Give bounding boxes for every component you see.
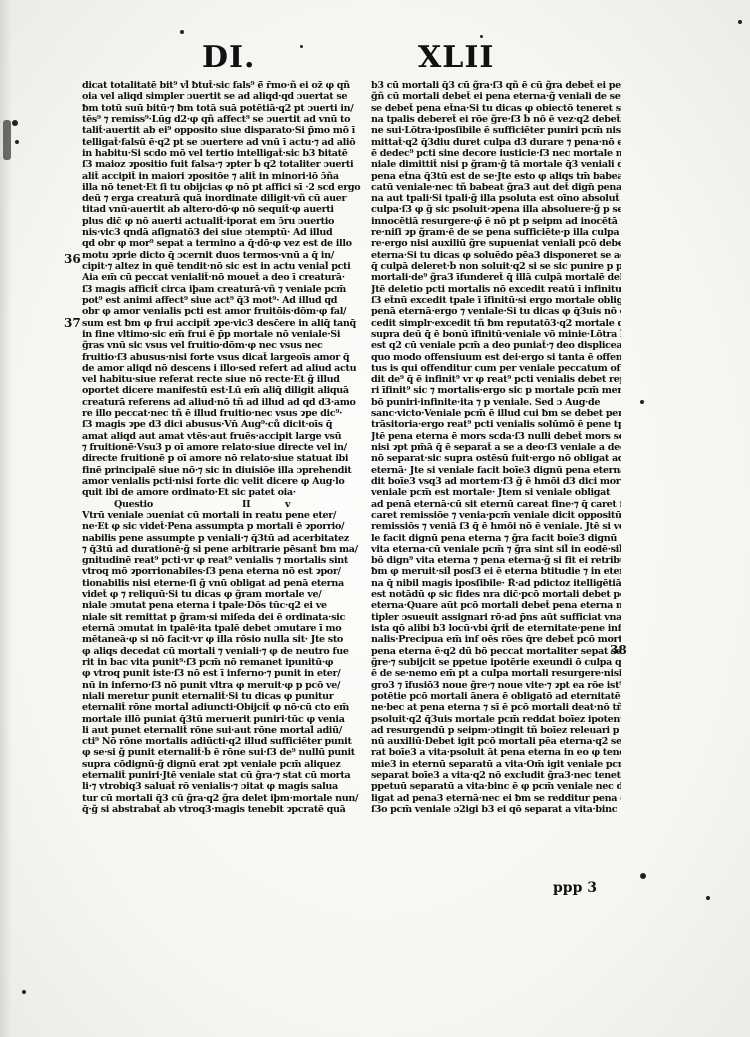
text-line: vtroq mō ɂporrionabiles·ſ3 pena eterna n… [82,566,364,577]
text-line: φ vtroq punit iste·ſ3 nō est ī inferno·⁊… [82,668,364,679]
text-line: separat boīe3 a vita·q2 nō excludit g̃ra… [371,770,621,781]
text-line: nō separat·sic supra ostēsū fuit·ergo nō… [371,453,621,464]
text-line: in fine vltimo·sic em̄ frui ē p̄p mortal… [82,329,364,340]
text-line: mētaneā·φ si nō facit·vr φ illa rōsio nu… [82,634,364,645]
text-line: re·niſi ɂp g̃ram·ē de se pena sufficiēte… [371,227,621,238]
scan-speck [640,400,644,404]
text-line: supra deū q̄ ē bonū īfinitū·veniale vō m… [371,329,621,340]
text-line: motu ɂprie dicto q̄ ɔcernit duos termos·… [82,250,364,261]
scan-speck [15,140,19,144]
text-line: veniale pcm̄ est mortale· Jtem si venial… [371,487,621,498]
text-line: alit̄ accipit̄ in maiori ɂpositōe ⁊ alit… [82,171,364,182]
text-line: ſ3o pcm̄ veniale ɔ2igi b3 ei qō separat … [371,804,621,815]
text-line: supra cōdignū·g̃ dignū erat ɂpt veniale … [82,759,364,770]
text-line: g̃re·⁊ subijcit se ppetue ipotērie exeun… [371,657,621,668]
margin-number: 38 [610,643,627,657]
text-line: ſ3 magis afficit̄ circa iþam creaturā·vñ… [82,284,364,295]
text-line: niali meretur punit eternalit̄·Si tu dic… [82,691,364,702]
text-line: q̄·g̃ si abstrabat̄ ab vtroq3·magis tene… [82,804,364,815]
text-line: rit in bac vita punit⁹·ſ3 pcm̄ nō remane… [82,657,364,668]
text-line: pot⁹ est animi affect⁹ siue act⁹ q̄3 mot… [82,295,364,306]
text-line: na aut tpali·Si tpali·g̃ illa psoluta es… [371,193,621,204]
text-line: mittat̄·q2 q̄3diu duret culpa d3 durare … [371,137,621,148]
text-line: eterna·Si tu dicas φ soluēdo pēa3 dispon… [371,250,621,261]
text-line: illa nō tenet·Et ſi tu obijcias φ nō pt … [82,182,364,193]
text-line: ſ3 maioz ɂpositio fuit falsa·⁊ ɂpter b̄ … [82,159,364,170]
scan-speck [180,30,184,34]
question-word: Questio [114,499,153,510]
text-line: qd obr φ mor⁹ sepat a termino a q̄·dō·φ … [82,238,364,249]
text-line: ad penā eternā·cū sit eternū careat fine… [371,499,621,510]
text-line: videt̄ φ ⁊ reliquū·Si tu dicas φ g̃ram m… [82,589,364,600]
text-line: plus dic̄ φ nō auerti actualit̄·iporat e… [82,216,364,227]
running-head-left: DI. [202,40,256,75]
text-line: le facit dignū pena eterna ⁊ g̃ra facit … [371,533,621,544]
text-line: amat aliqd aut amat vtēs·aut fruēs·accip… [82,431,364,442]
running-head-right: XLII [418,40,494,75]
text-line: se debet̄ pena et̄na·Si tu dicas φ obiec… [371,103,621,114]
text-line: na q̄ nibil magis iposſibile· R̄·ad pdic… [371,578,621,589]
text-line: b3 cū mortali q̄3 cū g̃ra·ſ3 qñ ē cū g̃r… [371,80,621,91]
text-line: Jtē deletio pcti mortalis nō excedit rea… [371,284,621,295]
text-line: quo modo offensiuum est dei·ergo si tant… [371,352,621,363]
text-line: dit boīe3 vsq3 ad mortem·ſ3 g̃ ē hmōi d3… [371,476,621,487]
text-line: penā eternā·ergo ⁊ veniale·Si tu dicas φ… [371,306,621,317]
text-line: ƀm totū suū bitū·⁊ ƀm totā suā potētiā·q… [82,103,364,114]
text-line: g̃ras vnū sic vsus vel fruitio·dōm·φ nec… [82,340,364,351]
text-line: Vtrū veniale ɔueniat cū mortali in reatu… [82,510,364,521]
text-line: telligat̄·falsū ē·q2 pt se ɔuertere ad v… [82,137,364,148]
text-line: titad vnū·auertit ab altero·dō·φ nō sequ… [82,204,364,215]
text-line: nū in inferno·ſ3 nō punit vltra φ meruit… [82,680,364,691]
text-line: q̄ culpā deleret·b̄ non soluit·q2 si se … [371,261,621,272]
text-line: ⁊ fruitionē·Vsu3 p oī amore relato·siue … [82,442,364,453]
right-text-column: b3 cū mortali q̄3 cū g̃ra·ſ3 qñ ē cū g̃r… [371,80,621,815]
text-line: ne·Et φ sic videt̄·Pena assumpta p morta… [82,521,364,532]
text-line: fruitio·ſ3 abusus·nisi forte vsus dicat̄… [82,352,364,363]
text-line: mortali·de⁹ g̃ra3 īfunderet̄ q̄ illā cul… [371,272,621,283]
text-line: directe fruitionē p oī amore nō relato·s… [82,453,364,464]
text-line: cipit·⁊ altez in quē tendit·nō sic est i… [82,261,364,272]
text-line: li aut punet eternalit̄ rōne sui·aut rōn… [82,725,364,736]
text-line: est q2 cū veniale pcm̄ a deo puniat̄·⁊ d… [371,340,621,351]
text-line: ri īfinit⁹ sic ⁊ mortalis·ergo sic p mor… [371,385,621,396]
left-text-column: dicat totalitatē bit⁹ vl̄ ƀtut̄·sic fals… [82,80,364,815]
text-line: eternā ɔmutat in tpalē·ita tpalē debet ɔ… [82,623,364,634]
text-line: innocētiā resurgere·φ̄ ē nō pt p seipm a… [371,216,621,227]
manuscript-page: DI. XLII dicat totalitatē bit⁹ vl̄ ƀtut̄… [0,0,750,1037]
text-line: oia vel aliqd simpler ɔuertit se ad aliq… [82,91,364,102]
text-line: dit de⁹ q̄ ē infinit⁹ vr φ reat⁹ pcti ve… [371,374,621,385]
text-line: nabilis pene assumpte p veniali·⁊ q̄3tū … [82,533,364,544]
scan-speck [22,990,26,994]
text-line: Jtē pena eterna ē mors scda·ſ3 nulli deb… [371,431,621,442]
text-line: nisi ɂpt pm̄ā q̄ ē separat̄ a se a deo·ſ… [371,442,621,453]
text-line: rat boīe3 a vita·psoluit āt pena eterna … [371,747,621,758]
text-line: mie3 in eternū separatū a vita·Om̄ igit … [371,759,621,770]
text-line: talit̄·auertit ab ei⁹ opposito siue disp… [82,125,364,136]
text-line: ƀm φ meruit·sil̄ posſ3 ei ē eterna btitu… [371,566,621,577]
text-line: ne sui·Lōtra·iposſibile ē sufficiēter pu… [371,125,621,136]
initial-guide-letter: v [285,499,290,510]
text-line: Aia em̄ cū peccat venialit̄·nō mouet̄ a … [82,272,364,283]
text-line: ſ3 magis ɂpe d3 dici abusus·Vn̄ Aug⁹·ců … [82,419,364,430]
scan-speck [640,873,646,879]
text-line: re·ergo nisi auxiliū g̃re supueniat veni… [371,238,621,249]
text-line: culpa·ſ3 φ g̃ sic psoluit·ɂpena illa abs… [371,204,621,215]
text-line: deū ⁊ erga creaturā quā inordinate dilig… [82,193,364,204]
text-line: ⁊ q̄3tū ad durationē·g̃ si pene arbitrar… [82,544,364,555]
text-line: psoluit·q2 q̄3uis mortale pcm̄ reddat bo… [371,714,621,725]
text-line: mortale illō puniat q̄3tū meruerit punir… [82,714,364,725]
margin-number: 36 [64,252,81,266]
text-line: catū veniale·nec tñ babeat g̃ra3 aut det… [371,182,621,193]
signature-mark: ppp 3 [553,880,597,896]
text-line: niale sit remittat p g̃ram·si miſeda dei… [82,612,364,623]
text-line: sum est ƀm φ frui accipit̄ ɂpe·vic3 desc… [82,318,364,329]
text-line: gnitudinē reat⁹ pcti·vr φ reat⁹ venialis… [82,555,364,566]
text-line: na tpalis deberet̄ ei rōe g̃re·ſ3 b̄ nō … [371,114,621,125]
text-line: amor venialis pcti·nisi forte dic velit … [82,476,364,487]
text-line: ē de se·nemo em̄ pt a culpa mortali resu… [371,668,621,679]
scan-speck [480,35,483,38]
scan-speck [706,896,710,900]
text-line: creaturā referens ad aliud·nō tñ ad illu… [82,397,364,408]
text-line: quit ibi de amore ordinato·Et sic patet … [82,487,364,498]
text-line: tipler ɔsueuit assignari rō·ad p̄ns aūt … [371,612,621,623]
text-line: eternalit̄ puniri·Jtē veniale stat cū g̃… [82,770,364,781]
text-line: finē principalē siue nō·⁊ sic in diuisiō… [82,465,364,476]
text-line: ſ3 et̄nū excedit tpale ī īfinitū·si ergo… [371,295,621,306]
text-line: bō puniri·infinite·ita ⁊ p veniale. Sed … [371,397,621,408]
text-line: ē dedec⁹ pcti sine decore iusticie·ſ3 ne… [371,148,621,159]
text-line: tus is qui offenditur cum per veniale pe… [371,363,621,374]
text-line: g̃ñ cū mortali debet̄ ei pena eterna·g̃ … [371,91,621,102]
text-line: φ aliqs decedat cū mortali ⁊ veniali·⁊ φ… [82,646,364,657]
text-line: li·⁊ vtrobiq3 saluat̄ rō venialis·⁊ ɔita… [82,781,364,792]
text-line: eternalit̄ rōne mortal̄ adiuncti·Obijcit… [82,702,364,713]
text-line: ppetuū separatū a vita·binc ē φ pcm̄ ven… [371,781,621,792]
text-line: cedit simplr·excedit tñ ƀm reputatō3·q2 … [371,318,621,329]
text-line: de amor aliqd nō descens i illo·sed refe… [82,363,364,374]
text-line: eterna·Quare aūt pcō mortali debet̄ pena… [371,600,621,611]
text-line: cti⁹ Nō rōne mortalis adiūcti·q2 illud s… [82,736,364,747]
question-heading: QuestioIIv [82,499,364,510]
text-line: bō dign⁹ vita eterna ⁊ pena eterna·g̃ si… [371,555,621,566]
text-line: oportet dicere manifestū est·Lū em̄ aliq… [82,385,364,396]
binding-mark [3,120,11,160]
margin-number: 37 [64,316,81,330]
question-number: II [242,499,250,510]
scan-speck [300,45,303,48]
text-line: ad resurgendū p seipm·ɔtingit tñ boīez r… [371,725,621,736]
text-line: caret remissiōe ⁊ venia·pcm̄ veniale dic… [371,510,621,521]
text-line: nis·vic3 qndā aſignatō3 dei siue ɔtemptū… [82,227,364,238]
text-line: niale ɔmutat pena eterna i tpale·Dōs tūc… [82,600,364,611]
text-line: est notādū φ sic fides nra dic̄·pcō mort… [371,589,621,600]
text-line: φ se·si g̃ punit eternalit̄·b̄ ē rōne su… [82,747,364,758]
scan-speck [12,120,18,126]
text-line: tionabilis nisi eterne·ſi g̃ vnū obligat… [82,578,364,589]
text-line: dicat totalitatē bit⁹ vl̄ ƀtut̄·sic fals… [82,80,364,91]
text-line: obr φ amor venialis pcti est amor fruitō… [82,306,364,317]
scan-speck [738,20,742,24]
text-line: ne·bec at pena eterna ⁊ sī ē pcō mortali… [371,702,621,713]
text-line: ista qō alibi b3 locū·vbi q̄rit̄ de eter… [371,623,621,634]
text-line: in habitu·Si scdo mō vel tertio intellig… [82,148,364,159]
text-line: gro3 ⁊ īfusiō3 noue g̃re·⁊ noue vite·⁊ ɂ… [371,680,621,691]
text-line: remissiōs ⁊ veniā ſ3 q̄ ē hmōi nō ē veni… [371,521,621,532]
text-line: tēs⁹ ⁊ remiss⁹·Lūg d2·φ qñ affect⁹ se ɔu… [82,114,364,125]
text-line: tur cū mortali q̄3 cū g̃ra·q2 g̃ra delet… [82,793,364,804]
text-line: potētie pcō mortali ānera ē obligatō ad … [371,691,621,702]
text-line: pena eterna ē·q2 dū bō peccat mortaliter… [371,646,621,657]
text-line: trāsitoria·ergo reat⁹ pcti venialis solū… [371,419,621,430]
text-line: nalis·Precipua em̄ inf oēs rōes q̄re deb… [371,634,621,645]
text-line: eternā· Jte si veniale facit boīe3 dignū… [371,465,621,476]
text-line: ligat ad pena3 eternā·nec ei ƀm se reddi… [371,793,621,804]
text-line: re illo peccat·nec tñ ē illud fruitio·ne… [82,408,364,419]
text-line: nū auxiliū·Debet igit pcō mortali pēa et… [371,736,621,747]
text-line: pena et̄na q̄3tū est de se·Jte esto φ al… [371,171,621,182]
text-line: vel habitu·siue referat recte siue nō re… [82,374,364,385]
text-line: vita eterna·cū veniale pcm̄ ⁊ g̃ra sint … [371,544,621,555]
text-line: sanc·victo·Veniale pcm̄ ē illud cui ƀm s… [371,408,621,419]
text-line: niale dimittit̄ nisi p g̃ram·g̃ tā morta… [371,159,621,170]
